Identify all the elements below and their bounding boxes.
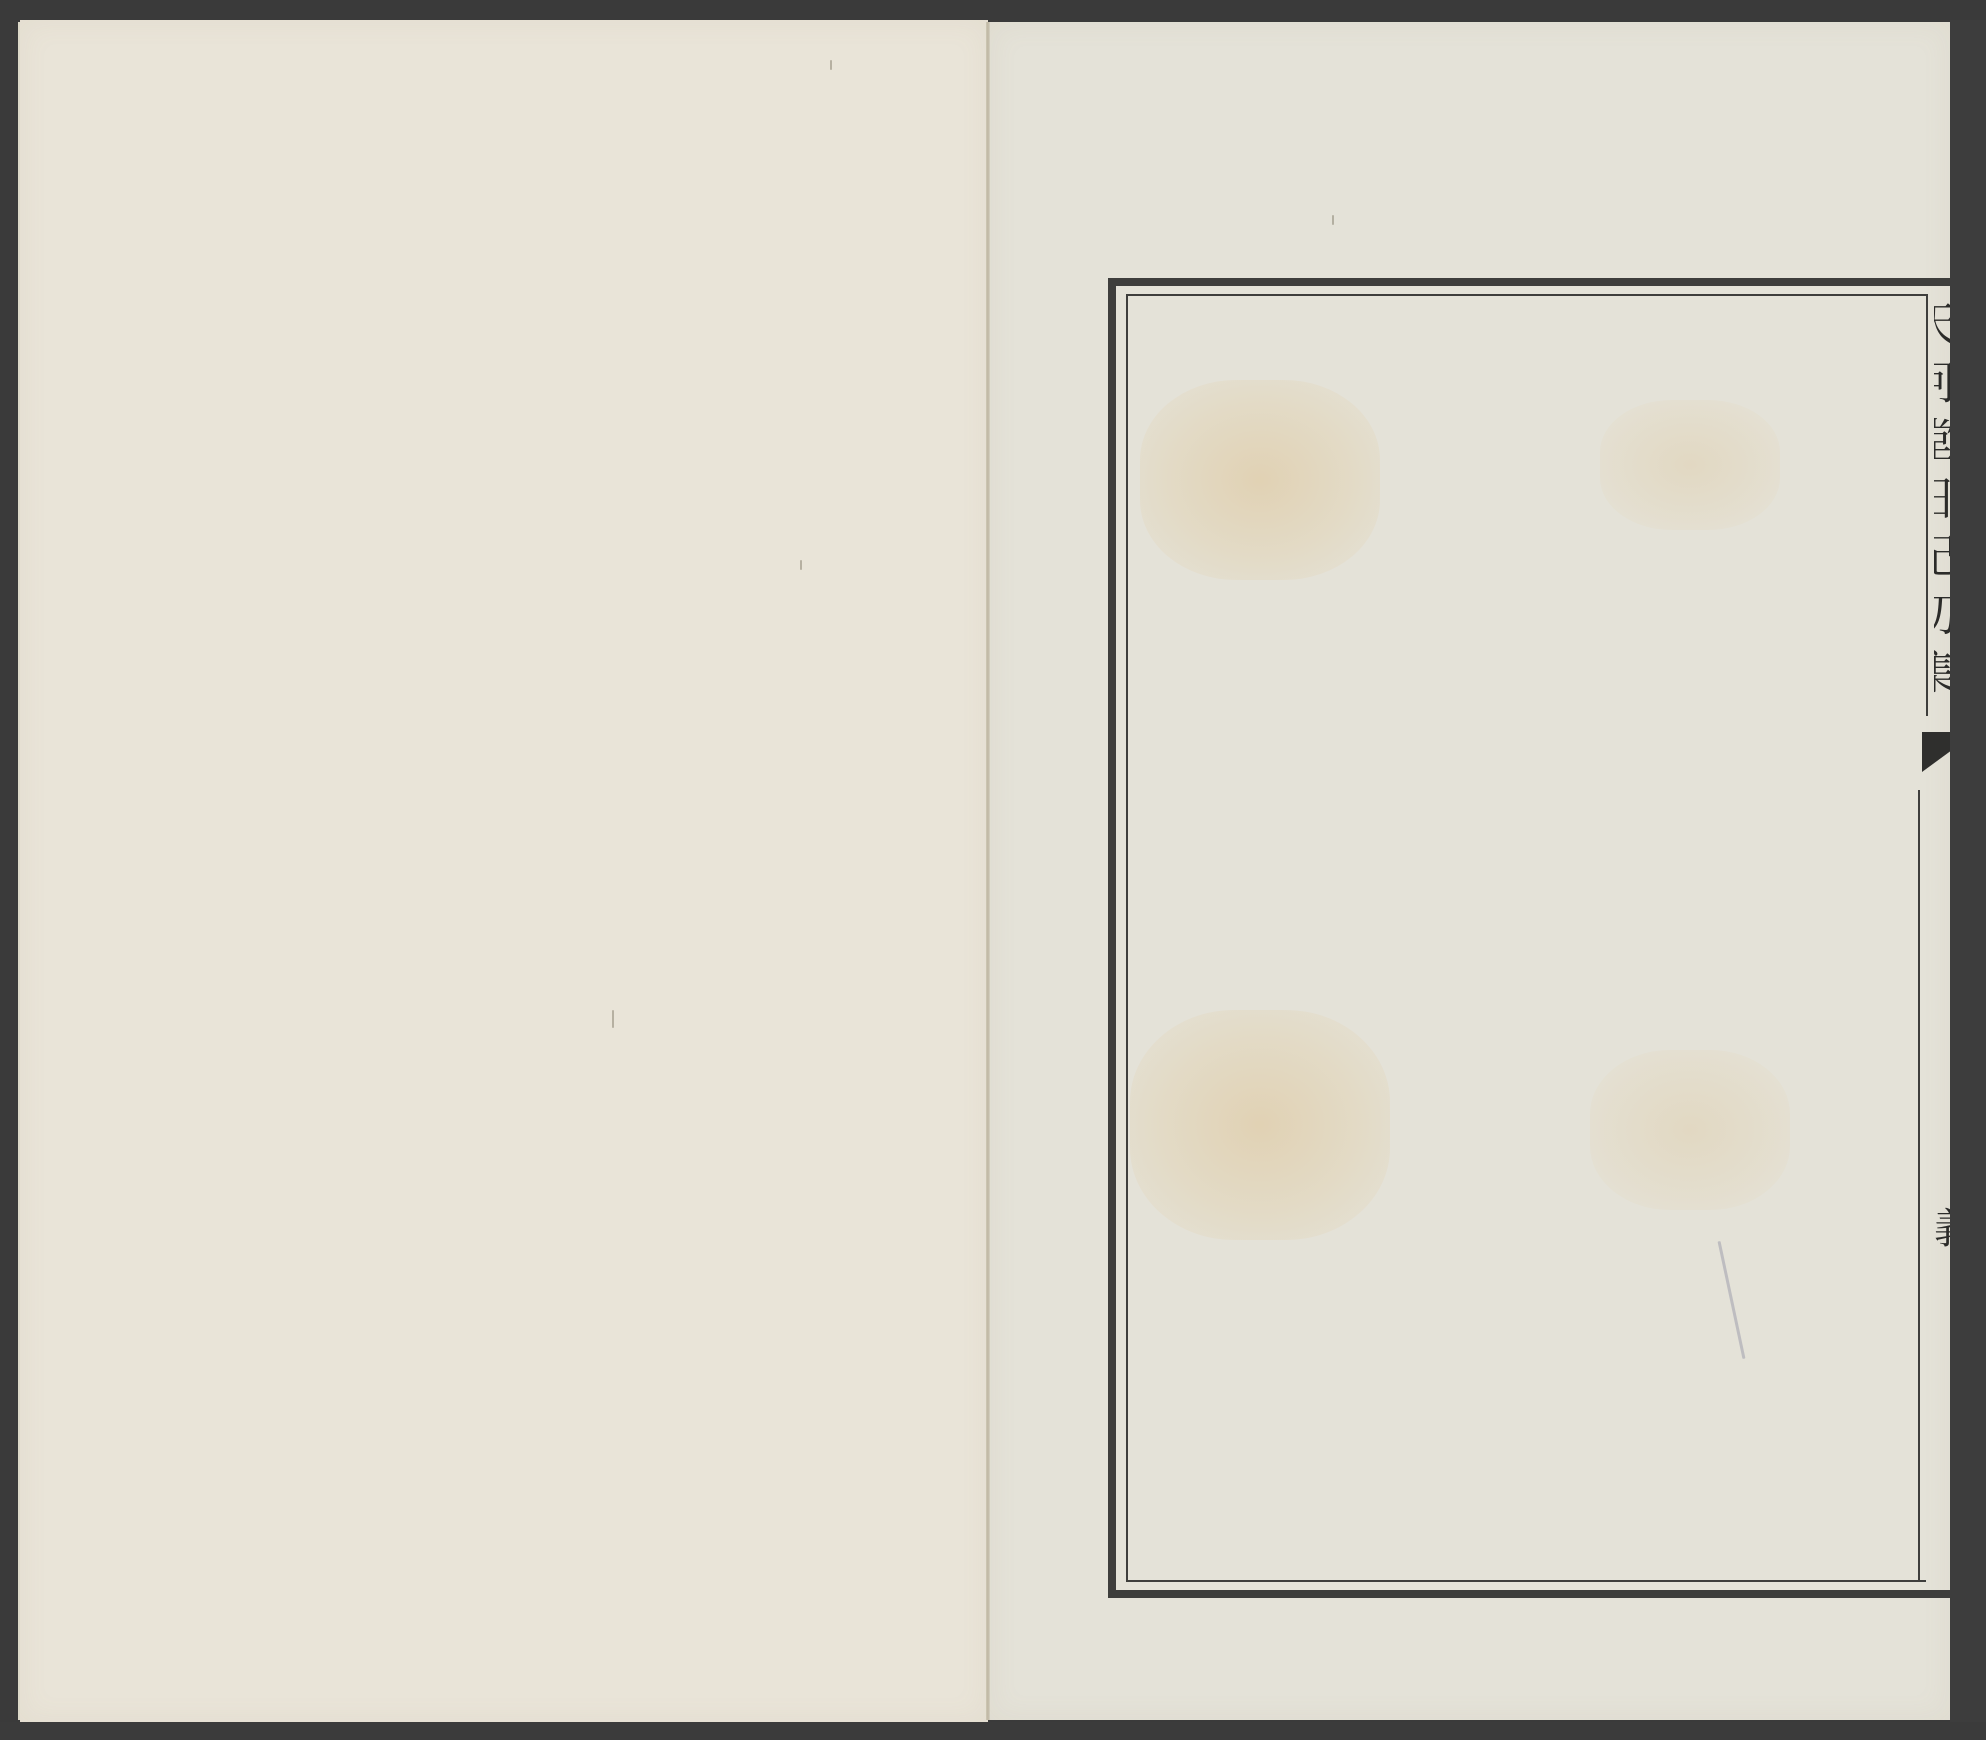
printed-border-inner (1126, 294, 1926, 1582)
left-page (20, 20, 988, 1722)
paper-fiber (612, 1010, 614, 1028)
banxin-divider-lower (1918, 790, 1920, 1582)
paper-fiber (800, 560, 802, 570)
paper-fiber (1332, 215, 1334, 225)
banxin-divider-upper (1926, 294, 1928, 716)
paper-fiber (830, 60, 832, 70)
scan-background-bottom (0, 1722, 1986, 1740)
scan-background-right (1950, 20, 1986, 1740)
